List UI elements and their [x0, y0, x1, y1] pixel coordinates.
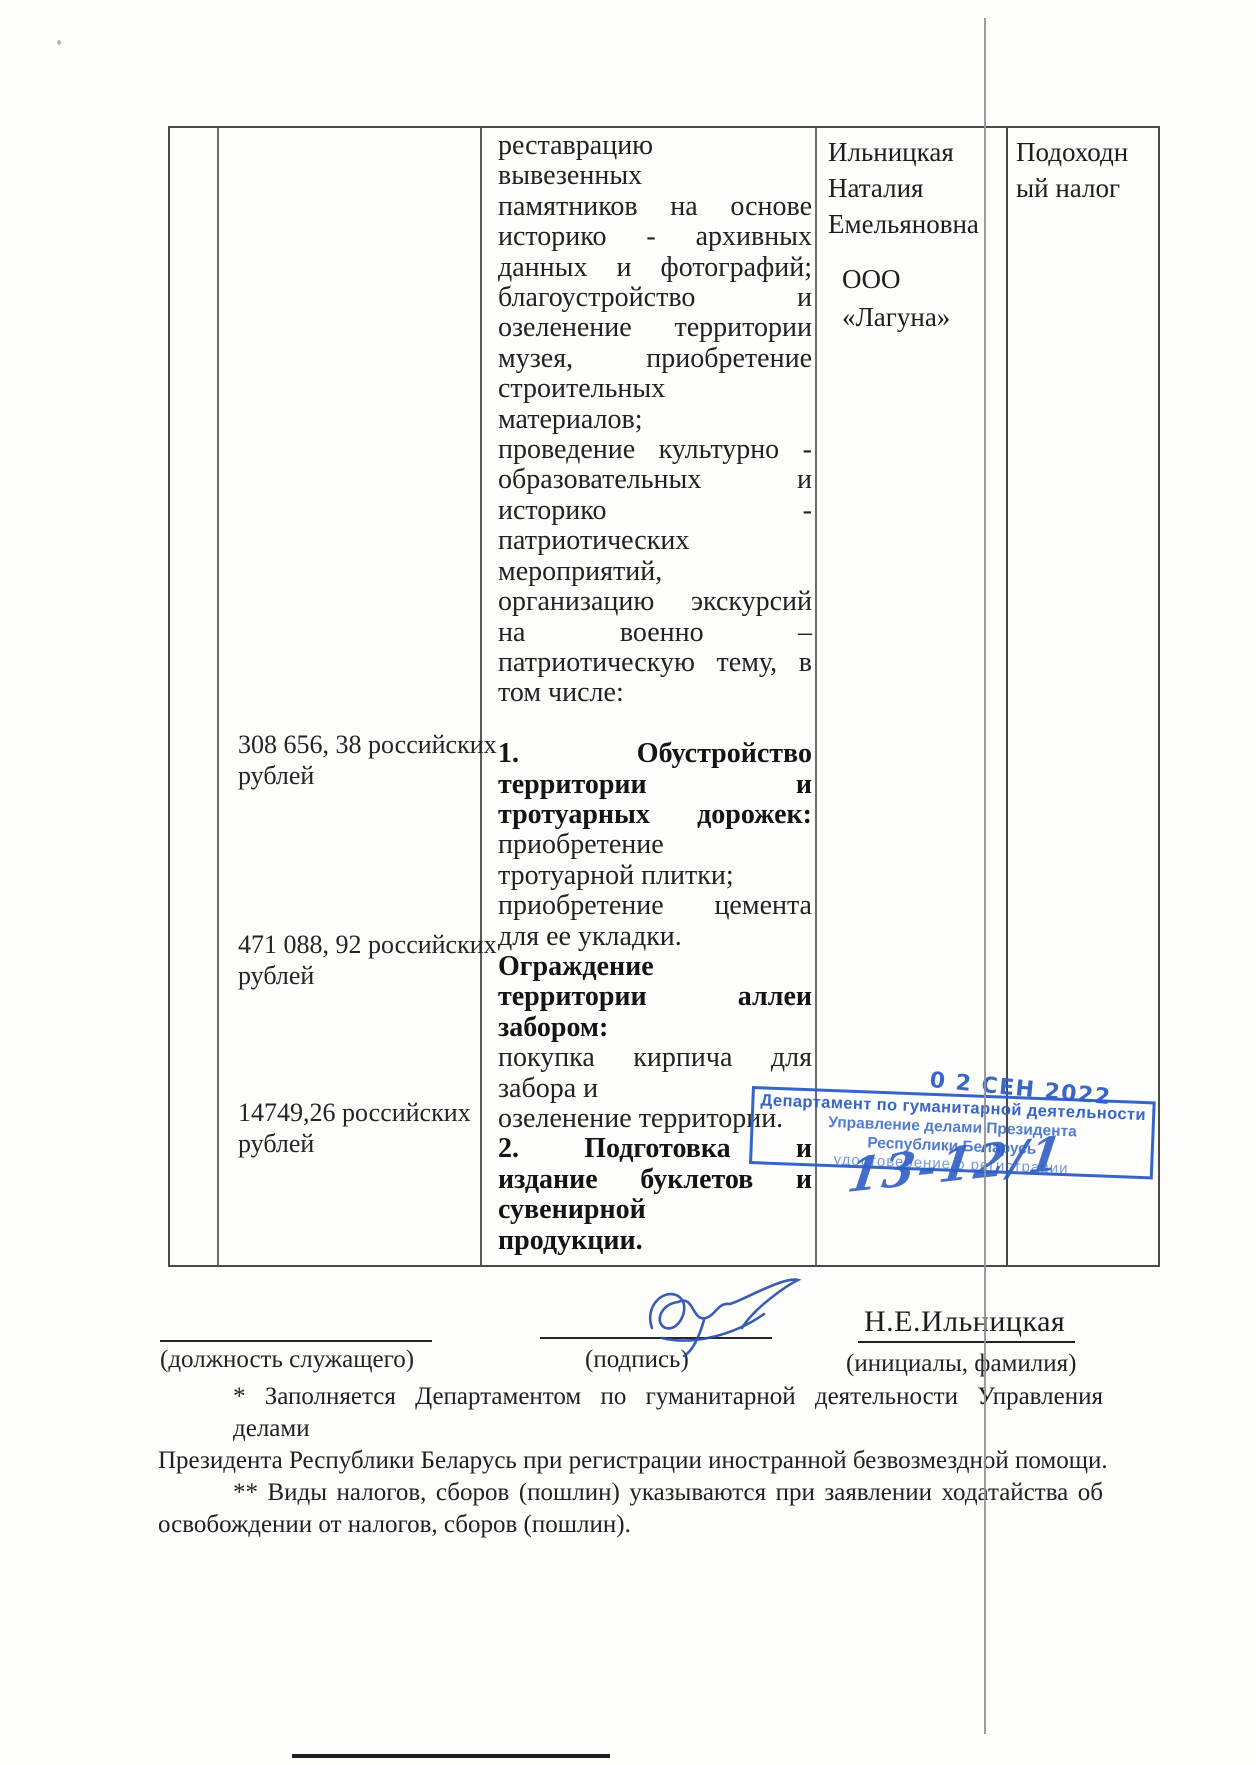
- description-line: патриотическую тему, в: [498, 648, 812, 678]
- description-line: том числе:: [498, 678, 812, 708]
- description-line: для ее укладки.: [498, 922, 812, 952]
- description-line: территории аллеи: [498, 982, 812, 1012]
- description-line: на военно –: [498, 618, 812, 648]
- description-line: данных и фотографий;: [498, 253, 812, 283]
- tax-type-line: ый налог: [1016, 170, 1156, 206]
- tax-type-line: Подоходн: [1016, 134, 1156, 170]
- description-line: издание буклетов и: [498, 1165, 812, 1195]
- description-line: проведение культурно -: [498, 435, 812, 465]
- description-line: мероприятий,: [498, 557, 812, 587]
- amount-text-line: 308 656, 38 российских: [238, 729, 498, 760]
- description-line: Ограждение: [498, 952, 812, 982]
- scanned-document-page: 308 656, 38 российскихрублей 471 088, 92…: [0, 0, 1256, 1765]
- handwritten-signature: [632, 1272, 812, 1372]
- footnote-line: ** Виды налогов, сборов (пошлин) указыва…: [158, 1477, 1103, 1509]
- footnote-line: Президента Республики Беларусь при регис…: [158, 1445, 1103, 1477]
- description-line: 1. Обустройство: [498, 739, 812, 769]
- description-line: приобретение цемента: [498, 891, 812, 921]
- recipient-name-cell: ИльницкаяНаталияЕмельяновна: [828, 134, 1006, 242]
- footnote-line: * Заполняется Департаментом по гуманитар…: [158, 1381, 1103, 1445]
- position-signature-line: [160, 1340, 432, 1342]
- description-line: памятников на основе: [498, 192, 812, 222]
- recipient-org-line: «Лагуна»: [842, 298, 1002, 336]
- signature-scribble-svg: [632, 1272, 812, 1367]
- amount-text-line: рублей: [238, 760, 498, 791]
- recipient-name-line: Емельяновна: [828, 206, 1006, 242]
- table-column-divider: [217, 128, 219, 1265]
- amount-text-line: рублей: [238, 1128, 498, 1159]
- tax-type-cell: Подоходный налог: [1016, 134, 1156, 206]
- scan-vertical-line-artifact: [984, 18, 986, 1734]
- scan-speck-artifact: [57, 40, 61, 45]
- amount-text-line: рублей: [238, 960, 498, 991]
- description-line: строительных: [498, 374, 812, 404]
- description-line: тротуарных дорожек:: [498, 800, 812, 830]
- description-line: организацию экскурсий: [498, 587, 812, 617]
- description-line: продукции.: [498, 1226, 812, 1256]
- amount-text-line: 471 088, 92 российских: [238, 929, 498, 960]
- description-line: образовательных и: [498, 465, 812, 495]
- description-line: [498, 709, 812, 739]
- recipient-org-cell: ООО«Лагуна»: [842, 260, 1002, 336]
- position-label: (должность служащего): [160, 1346, 414, 1374]
- description-line: материалов;: [498, 405, 812, 435]
- amount-cell-3: 14749,26 российскихрублей: [238, 1097, 498, 1159]
- scan-bottom-edge-artifact: [292, 1754, 610, 1758]
- description-line: музея, приобретение: [498, 344, 812, 374]
- signer-name: Н.Е.Ильницкая: [858, 1305, 1075, 1343]
- description-line: сувенирной: [498, 1195, 812, 1225]
- description-line: покупка кирпича для: [498, 1043, 812, 1073]
- table-column-divider: [480, 128, 482, 1265]
- description-line: патриотических: [498, 526, 812, 556]
- description-line: вывезенных: [498, 161, 812, 191]
- amount-cell-1: 308 656, 38 российскихрублей: [238, 729, 498, 791]
- recipient-org-line: ООО: [842, 260, 1002, 298]
- amount-text-line: 14749,26 российских: [238, 1097, 498, 1128]
- description-line: территории и: [498, 770, 812, 800]
- description-line: реставрацию: [498, 131, 812, 161]
- footnote-line: освобождении от налогов, сборов (пошлин)…: [158, 1509, 1103, 1541]
- recipient-name-line: Ильницкая: [828, 134, 1006, 170]
- description-line: благоустройство и: [498, 283, 812, 313]
- description-line: озеленение территории: [498, 313, 812, 343]
- initials-surname-label: (инициалы, фамилия): [846, 1350, 1076, 1378]
- description-line: тротуарной плитки;: [498, 861, 812, 891]
- description-line: историко -: [498, 496, 812, 526]
- description-line: забором:: [498, 1013, 812, 1043]
- amount-cell-2: 471 088, 92 российскихрублей: [238, 929, 498, 991]
- description-line: историко - архивных: [498, 222, 812, 252]
- footnotes: * Заполняется Департаментом по гуманитар…: [158, 1381, 1103, 1541]
- recipient-name-line: Наталия: [828, 170, 1006, 206]
- description-line: приобретение: [498, 830, 812, 860]
